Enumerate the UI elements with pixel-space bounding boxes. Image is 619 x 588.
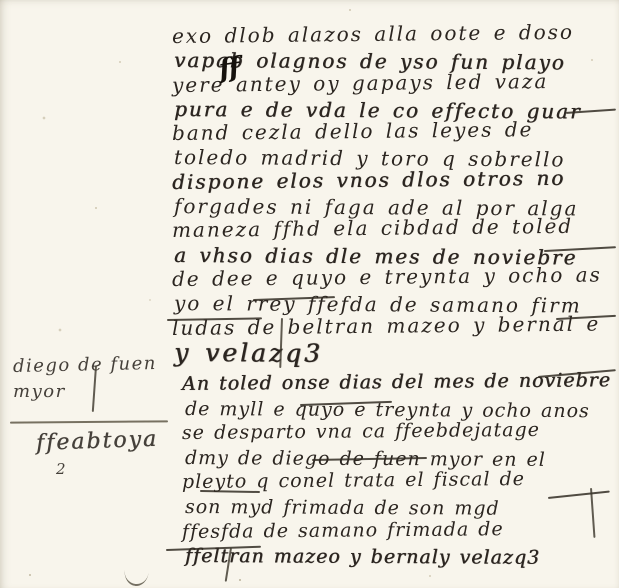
manuscript-line: ffesfda de samano frimada de [182, 516, 618, 544]
margin-rule [10, 420, 168, 423]
manuscript-page: exo dlob alazos alla oote e doso vapab o… [0, 0, 619, 588]
manuscript-line: An toled onse dias del mes de noviebre [182, 368, 618, 396]
margin-note-name-line1: diego de fuen [13, 353, 157, 377]
ink-blot: ff [217, 52, 240, 85]
manuscript-line-signature-flourish: ffeltran mazeo y bernaly velazq3 [185, 544, 619, 571]
margin-note-number: 2 [56, 460, 66, 478]
manuscript-line: ludas de beltran mazeo y bernal e [172, 311, 618, 340]
paragraph-2: An toled onse dias del mes de noviebre d… [182, 372, 618, 569]
manuscript-line: exo dlob alazos alla oote e doso [172, 19, 618, 48]
manuscript-line: maneza ffhd ela cibdad de toled [172, 214, 618, 243]
ink-layer: exo dlob alazos alla oote e doso vapab o… [0, 0, 619, 588]
manuscript-line: se desparto vna ca ffeebdejatage [182, 417, 618, 445]
manuscript-line: band cezla dello las leyes de [172, 117, 618, 146]
manuscript-line: de dee e quyo e treynta y ocho as [172, 262, 618, 291]
manuscript-line: dispone elos vnos dlos otros no [172, 165, 618, 194]
manuscript-line-signature-flourish: y velazq3 [174, 340, 619, 369]
margin-note-name-line2: myor [13, 381, 66, 402]
margin-note-keyword: ffeabtoya [36, 427, 159, 456]
bottom-pen-mark [123, 569, 149, 587]
